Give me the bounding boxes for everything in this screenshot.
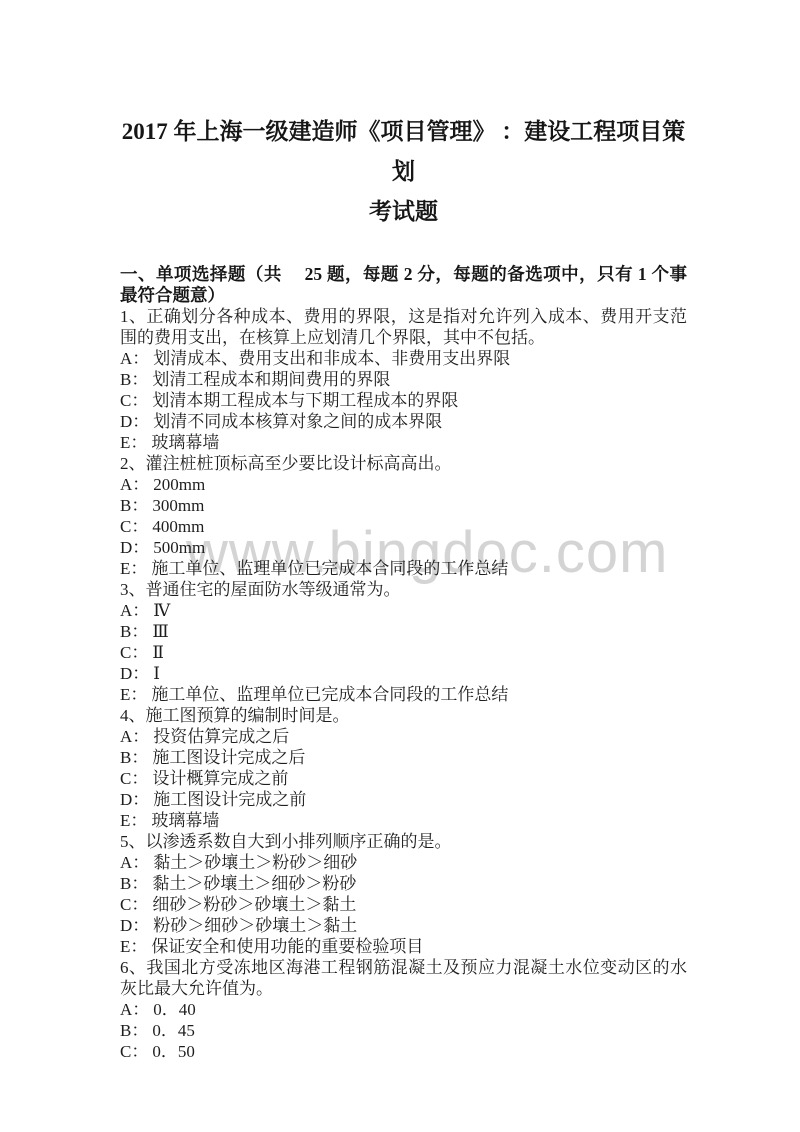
option-label: A： [120, 727, 149, 746]
answer-option: A：Ⅳ [120, 600, 687, 621]
option-label: B： [120, 496, 148, 515]
option-label: A： [120, 1000, 149, 1019]
question-stem: 3、普通住宅的屋面防水等级通常为。 [120, 579, 687, 600]
option-label: C： [120, 769, 148, 788]
question-stem: 2、灌注桩桩顶标高至少要比设计标高高出。 [120, 453, 687, 474]
option-label: D： [120, 412, 149, 431]
document-title-line-2: 考试题 [120, 192, 687, 232]
answer-option: E：玻璃幕墙 [120, 432, 687, 453]
option-label: E： [120, 811, 147, 830]
answer-option: B：黏土＞砂壤土＞细砂＞粉砂 [120, 873, 687, 894]
answer-option: A：200mm [120, 474, 687, 495]
option-text: 划清成本、费用支出和非成本、非费用支出界限 [153, 349, 510, 368]
answer-option: B：300mm [120, 495, 687, 516]
answer-option: E：玻璃幕墙 [120, 810, 687, 831]
option-label: B： [120, 874, 148, 893]
answer-option: A：划清成本、费用支出和非成本、非费用支出界限 [120, 348, 687, 369]
option-label: A： [120, 853, 149, 872]
option-label: D： [120, 790, 149, 809]
option-text: 500mm [153, 538, 205, 557]
answer-option: A：投资估算完成之后 [120, 726, 687, 747]
option-text: 投资估算完成之后 [153, 727, 289, 746]
question-stem: 4、施工图预算的编制时间是。 [120, 705, 687, 726]
option-text: 200mm [153, 475, 205, 494]
option-label: B： [120, 622, 148, 641]
answer-option: D：Ⅰ [120, 663, 687, 684]
option-text: 保证安全和使用功能的重要检验项目 [151, 937, 423, 956]
option-label: B： [120, 370, 148, 389]
question-stem: 1、正确划分各种成本、费用的界限，这是指对允许列入成本、费用开支范围的费用支出，… [120, 306, 687, 348]
answer-option: C：设计概算完成之前 [120, 768, 687, 789]
document-page: www.bingdoc.com 2017 年上海一级建造师《项目管理》 ：建设工… [0, 0, 800, 1132]
option-text: 0．40 [153, 1000, 196, 1019]
option-label: C： [120, 643, 148, 662]
answer-option: E：施工单位、监理单位已完成本合同段的工作总结 [120, 558, 687, 579]
option-label: D： [120, 538, 149, 557]
option-text: 划清本期工程成本与下期工程成本的界限 [152, 391, 458, 410]
section-heading: 一、单项选择题（共 25 题，每题 2 分，每题的备选项中，只有 1 个事最符合… [120, 264, 687, 306]
option-text: 0．45 [152, 1021, 195, 1040]
option-text: 粉砂＞细砂＞砂壤土＞黏土 [153, 916, 357, 935]
question-1: 1、正确划分各种成本、费用的界限，这是指对允许列入成本、费用开支范围的费用支出，… [120, 306, 687, 453]
question-stem: 6、我国北方受冻地区海港工程钢筋混凝土及预应力混凝土水位变动区的水灰比最大允许值… [120, 957, 687, 999]
option-label: A： [120, 601, 149, 620]
option-text: 400mm [152, 517, 204, 536]
document-content: 2017 年上海一级建造师《项目管理》 ：建设工程项目策划 考试题 一、单项选择… [120, 0, 687, 1062]
option-text: 300mm [152, 496, 204, 515]
option-text: Ⅰ [153, 664, 160, 683]
option-label: C： [120, 517, 148, 536]
answer-option: E：保证安全和使用功能的重要检验项目 [120, 936, 687, 957]
option-label: D： [120, 664, 149, 683]
answer-option: B：施工图设计完成之后 [120, 747, 687, 768]
option-text: 施工单位、监理单位已完成本合同段的工作总结 [151, 559, 508, 578]
question-3: 3、普通住宅的屋面防水等级通常为。A：ⅣB：ⅢC：ⅡD：ⅠE：施工单位、监理单位… [120, 579, 687, 705]
option-text: 设计概算完成之前 [152, 769, 288, 788]
answer-option: A：0．40 [120, 999, 687, 1020]
option-label: A： [120, 475, 149, 494]
option-text: 玻璃幕墙 [151, 811, 219, 830]
option-label: E： [120, 937, 147, 956]
answer-option: C：细砂＞粉砂＞砂壤土＞黏土 [120, 894, 687, 915]
answer-option: B：划清工程成本和期间费用的界限 [120, 369, 687, 390]
option-label: E： [120, 559, 147, 578]
answer-option: C：划清本期工程成本与下期工程成本的界限 [120, 390, 687, 411]
question-stem: 5、以渗透系数自大到小排列顺序正确的是。 [120, 831, 687, 852]
question-6: 6、我国北方受冻地区海港工程钢筋混凝土及预应力混凝土水位变动区的水灰比最大允许值… [120, 957, 687, 1062]
option-label: D： [120, 916, 149, 935]
answer-option: C：Ⅱ [120, 642, 687, 663]
question-5: 5、以渗透系数自大到小排列顺序正确的是。A：黏土＞砂壤土＞粉砂＞细砂B：黏土＞砂… [120, 831, 687, 957]
option-label: B： [120, 1021, 148, 1040]
option-text: 玻璃幕墙 [151, 433, 219, 452]
option-label: E： [120, 433, 147, 452]
option-text: 划清工程成本和期间费用的界限 [152, 370, 390, 389]
answer-option: B：Ⅲ [120, 621, 687, 642]
option-text: 划清不同成本核算对象之间的成本界限 [153, 412, 442, 431]
option-label: C： [120, 391, 148, 410]
answer-option: D：粉砂＞细砂＞砂壤土＞黏土 [120, 915, 687, 936]
answer-option: C：400mm [120, 516, 687, 537]
option-label: C： [120, 1042, 148, 1061]
option-label: C： [120, 895, 148, 914]
option-text: 黏土＞砂壤土＞细砂＞粉砂 [152, 874, 356, 893]
option-text: Ⅳ [153, 601, 170, 620]
option-label: A： [120, 349, 149, 368]
answer-option: E：施工单位、监理单位已完成本合同段的工作总结 [120, 684, 687, 705]
option-text: 施工单位、监理单位已完成本合同段的工作总结 [151, 685, 508, 704]
option-label: E： [120, 685, 147, 704]
option-text: 施工图设计完成之后 [152, 748, 305, 767]
option-text: 施工图设计完成之前 [153, 790, 306, 809]
option-label: B： [120, 748, 148, 767]
answer-option: A：黏土＞砂壤土＞粉砂＞细砂 [120, 852, 687, 873]
answer-option: B：0．45 [120, 1020, 687, 1041]
answer-option: D：500mm [120, 537, 687, 558]
question-2: 2、灌注桩桩顶标高至少要比设计标高高出。A：200mmB：300mmC：400m… [120, 453, 687, 579]
question-4: 4、施工图预算的编制时间是。A：投资估算完成之后B：施工图设计完成之后C：设计概… [120, 705, 687, 831]
answer-option: D：划清不同成本核算对象之间的成本界限 [120, 411, 687, 432]
option-text: 细砂＞粉砂＞砂壤土＞黏土 [152, 895, 356, 914]
document-title: 2017 年上海一级建造师《项目管理》 ：建设工程项目策划 考试题 [120, 112, 687, 232]
document-title-line-1: 2017 年上海一级建造师《项目管理》 ：建设工程项目策划 [120, 112, 687, 192]
option-text: 0．50 [152, 1042, 195, 1061]
answer-option: D：施工图设计完成之前 [120, 789, 687, 810]
answer-option: C：0．50 [120, 1041, 687, 1062]
option-text: Ⅲ [152, 622, 168, 641]
question-list: 1、正确划分各种成本、费用的界限，这是指对允许列入成本、费用开支范围的费用支出，… [120, 306, 687, 1062]
option-text: Ⅱ [152, 643, 164, 662]
option-text: 黏土＞砂壤土＞粉砂＞细砂 [153, 853, 357, 872]
